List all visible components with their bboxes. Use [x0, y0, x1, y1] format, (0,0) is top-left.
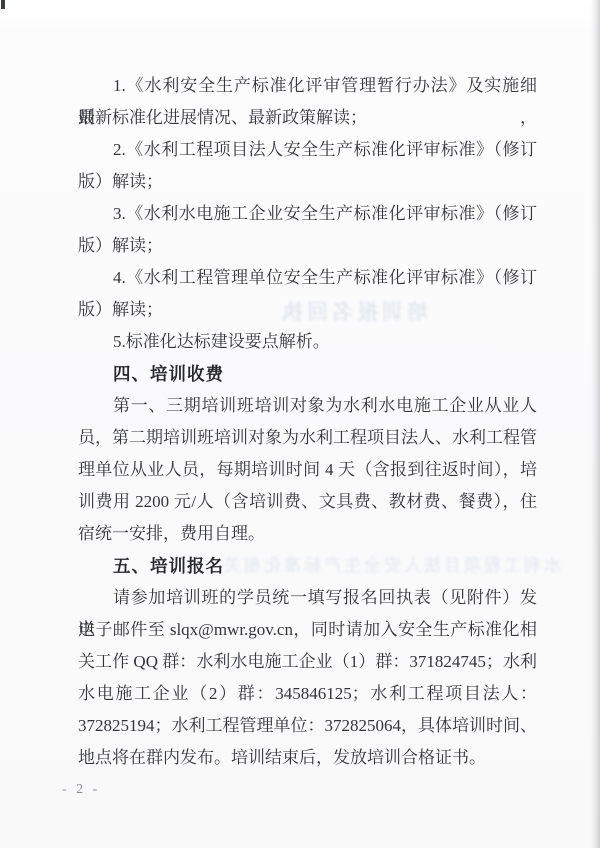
document-body: 1.《水利安全生产标准化评审管理暂行办法》及实施细则， 最新标准化进展情况、最新… [78, 70, 537, 774]
list-item-3-line-2: 版）解读； [78, 230, 537, 262]
list-item-2-line-2: 版）解读； [78, 166, 537, 198]
fees-paragraph-line-1: 第一、三期培训班培训对象为水利水电施工企业从业人 [78, 390, 537, 422]
list-item-3-line-1: 3.《水利水电施工企业安全生产标准化评审标准》（修订 [78, 198, 537, 230]
section-heading-training-registration: 五、培训报名 [78, 550, 537, 582]
list-item-4-line-1: 4.《水利工程管理单位安全生产标准化评审标准》（修订 [78, 262, 537, 294]
registration-paragraph-line-6: 地点将在群内发布。培训结束后，发放培训合格证书。 [78, 742, 537, 774]
list-item-5: 5.标准化达标建设要点解析。 [78, 326, 537, 358]
scan-edge-shadow [591, 0, 600, 848]
list-item-1-line-1: 1.《水利安全生产标准化评审管理暂行办法》及实施细则， [78, 70, 537, 102]
fees-paragraph-line-2: 员，第二期培训班培训对象为水利工程项目法人、水利工程管 [78, 422, 537, 454]
section-heading-training-fees: 四、培训收费 [78, 358, 537, 390]
registration-paragraph-line-1: 请参加培训班的学员统一填写报名回执表（见附件）发送 [78, 582, 537, 614]
fees-paragraph-line-5: 宿统一安排，费用自理。 [78, 518, 537, 550]
list-item-4-line-2: 版）解读； [78, 294, 537, 326]
page-number: - 2 - [62, 782, 100, 798]
registration-paragraph-line-4: 水电施工企业（2）群：345846125；水利工程项目法人： [78, 678, 537, 710]
scanned-document-page: 培训报名回执 水利工程项目法人安全生产标准化相关 1.《水利安全生产标准化评审管… [0, 0, 600, 848]
fees-paragraph-line-4: 训费用 2200 元/人（含培训费、文具费、教材费、餐费），住 [78, 486, 537, 518]
registration-paragraph-line-3: 关工作 QQ 群：水利水电施工企业（1）群：371824745；水利 [78, 646, 537, 678]
scan-corner-mark [1, 0, 5, 9]
registration-paragraph-line-2: 电子邮件至 slqx@mwr.gov.cn，同时请加入安全生产标准化相 [78, 614, 537, 646]
registration-paragraph-line-5: 372825194；水利工程管理单位：372825064，具体培训时间、 [78, 710, 537, 742]
list-item-2-line-1: 2.《水利工程项目法人安全生产标准化评审标准》（修订 [78, 134, 537, 166]
fees-paragraph-line-3: 理单位从业人员，每期培训时间 4 天（含报到往返时间），培 [78, 454, 537, 486]
